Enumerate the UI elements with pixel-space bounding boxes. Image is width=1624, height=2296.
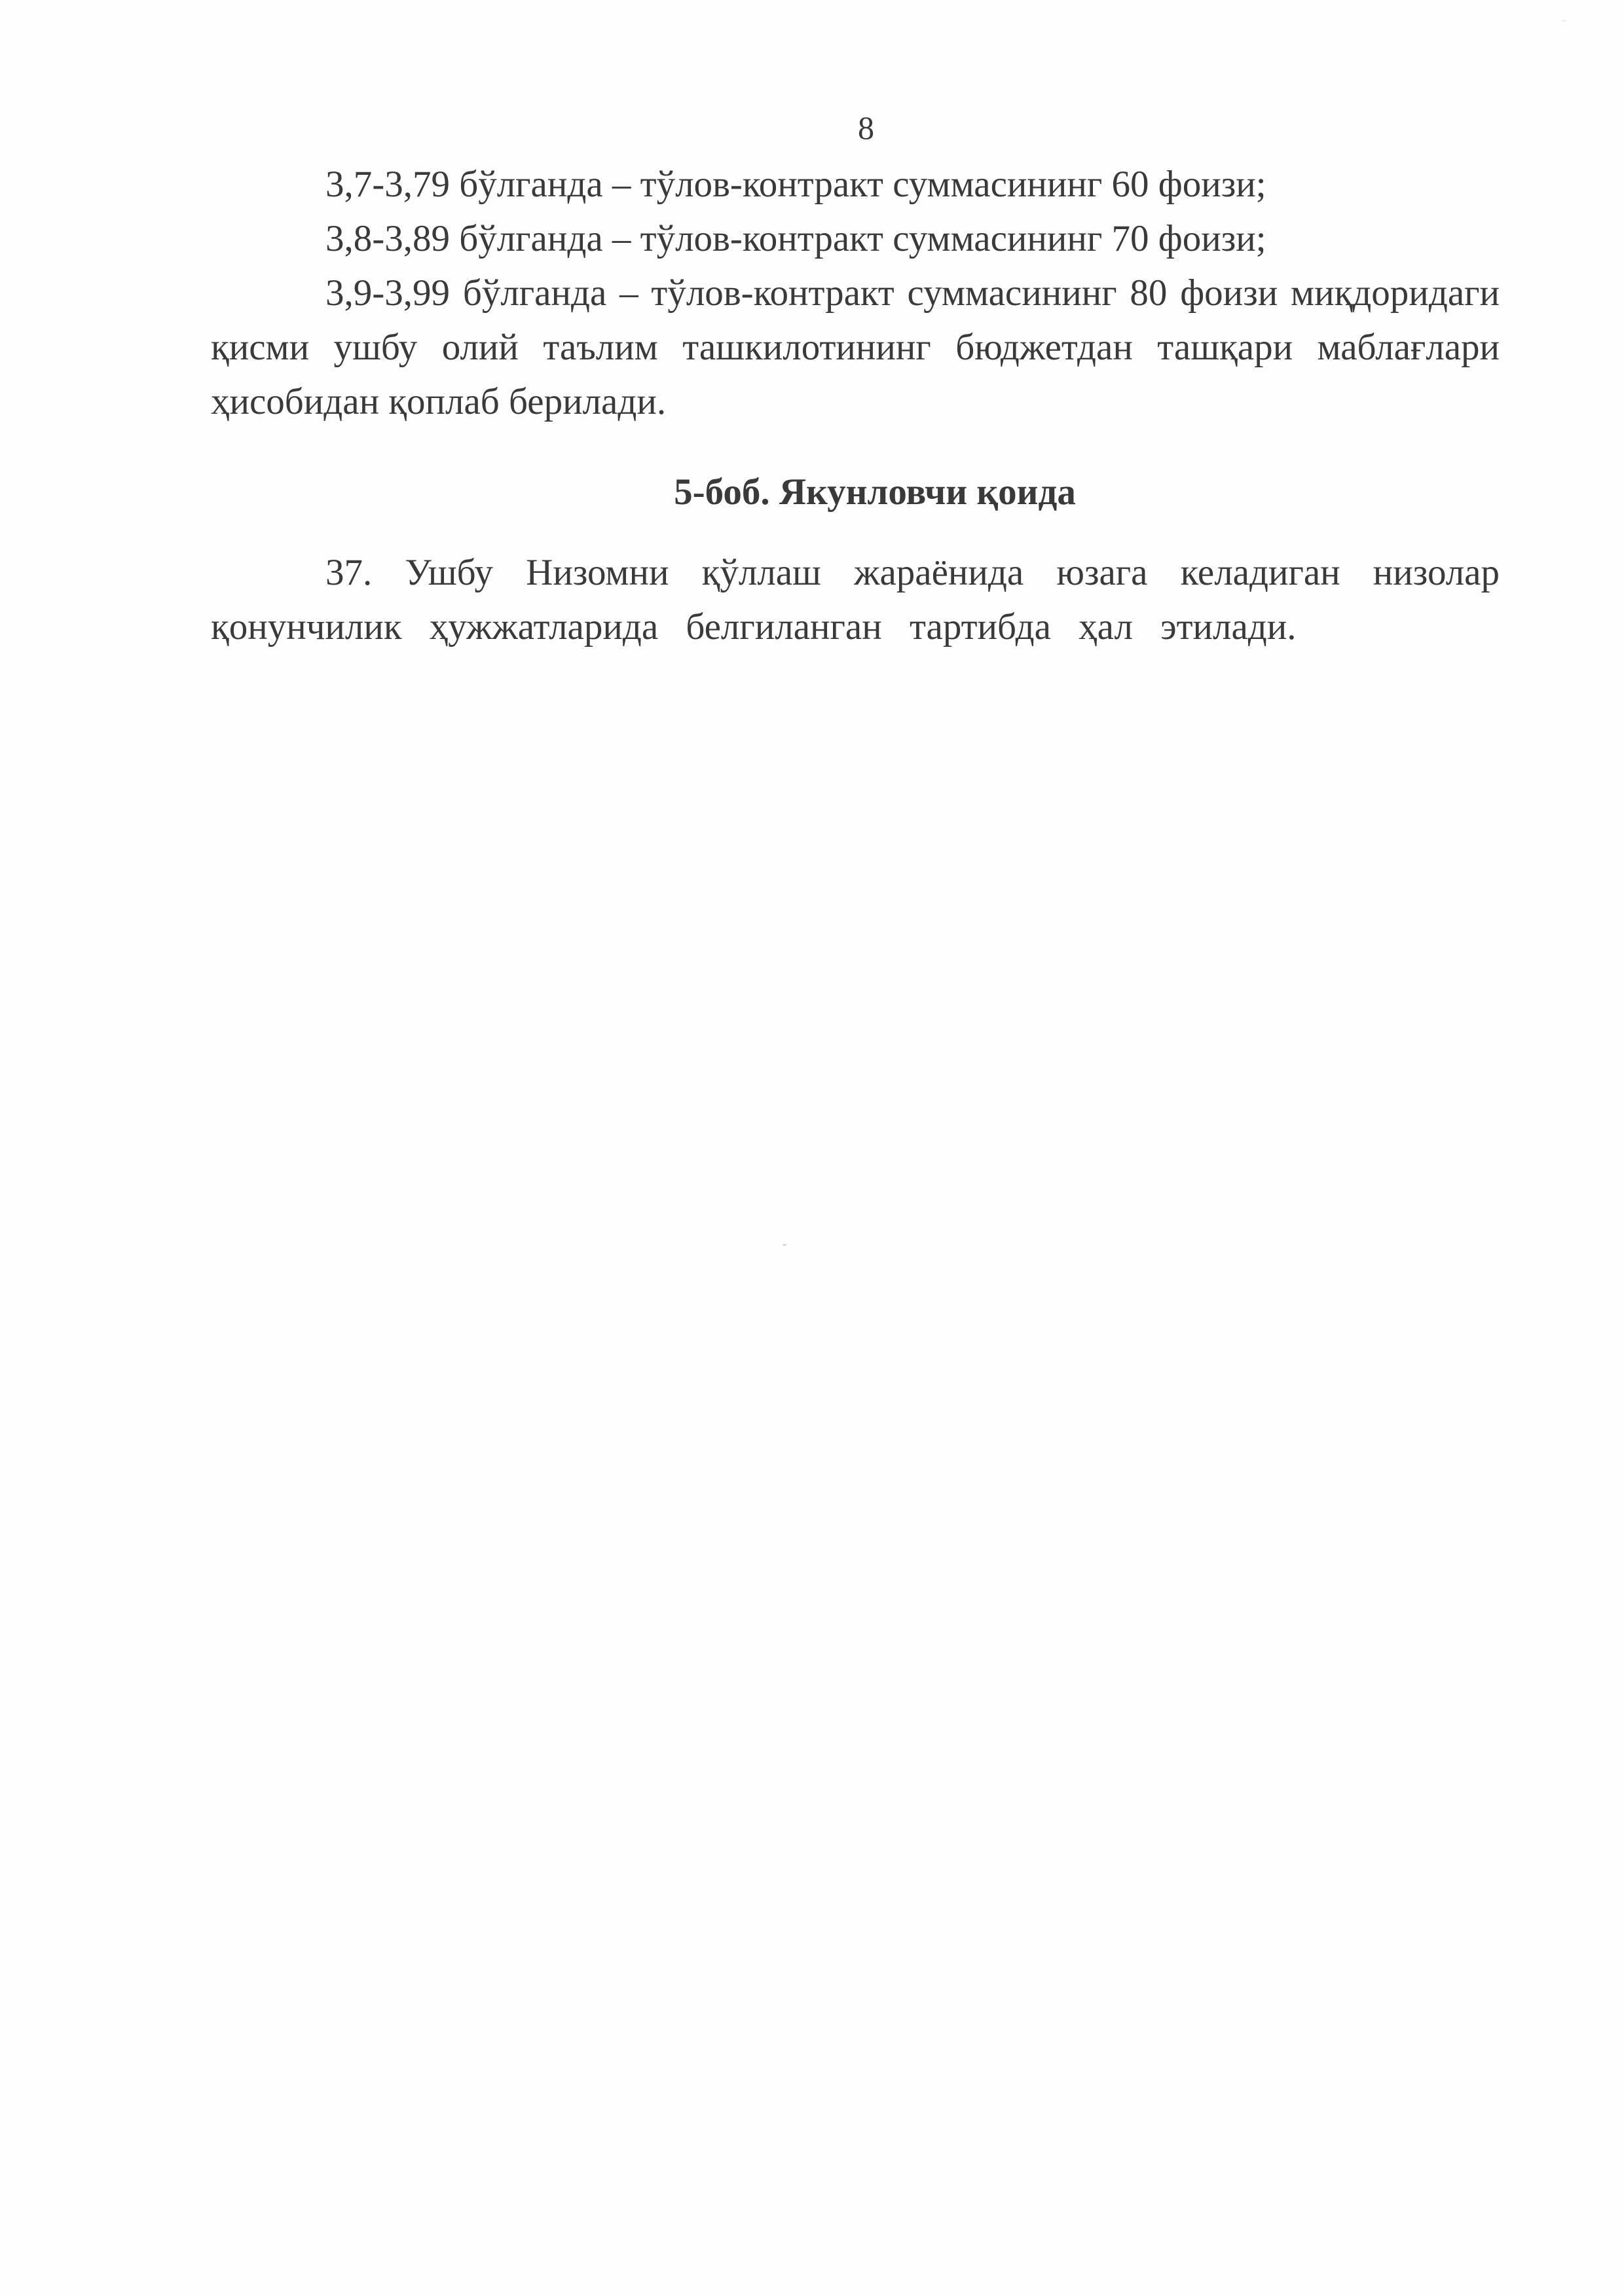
page-number: 8 [0, 105, 1624, 151]
list-item: 3,7-3,79 бўлганда – тўлов-контракт сумма… [211, 157, 1500, 211]
list-item: 3,9-3,99 бўлганда – тўлов-контракт сумма… [211, 266, 1500, 429]
paragraph-37: 37. Ушбу Низомни қўллаш жараёнида юзага … [211, 545, 1500, 654]
document-page: 8 3,7-3,79 бўлганда – тўлов-контракт сум… [0, 0, 1624, 2296]
chapter-heading: 5-боб. Якунловчи қоида [211, 465, 1500, 519]
scan-artifact [783, 1244, 786, 1246]
document-body: 3,7-3,79 бўлганда – тўлов-контракт сумма… [211, 157, 1500, 654]
scan-artifact [1562, 20, 1566, 22]
list-item: 3,8-3,89 бўлганда – тўлов-контракт сумма… [211, 211, 1500, 266]
